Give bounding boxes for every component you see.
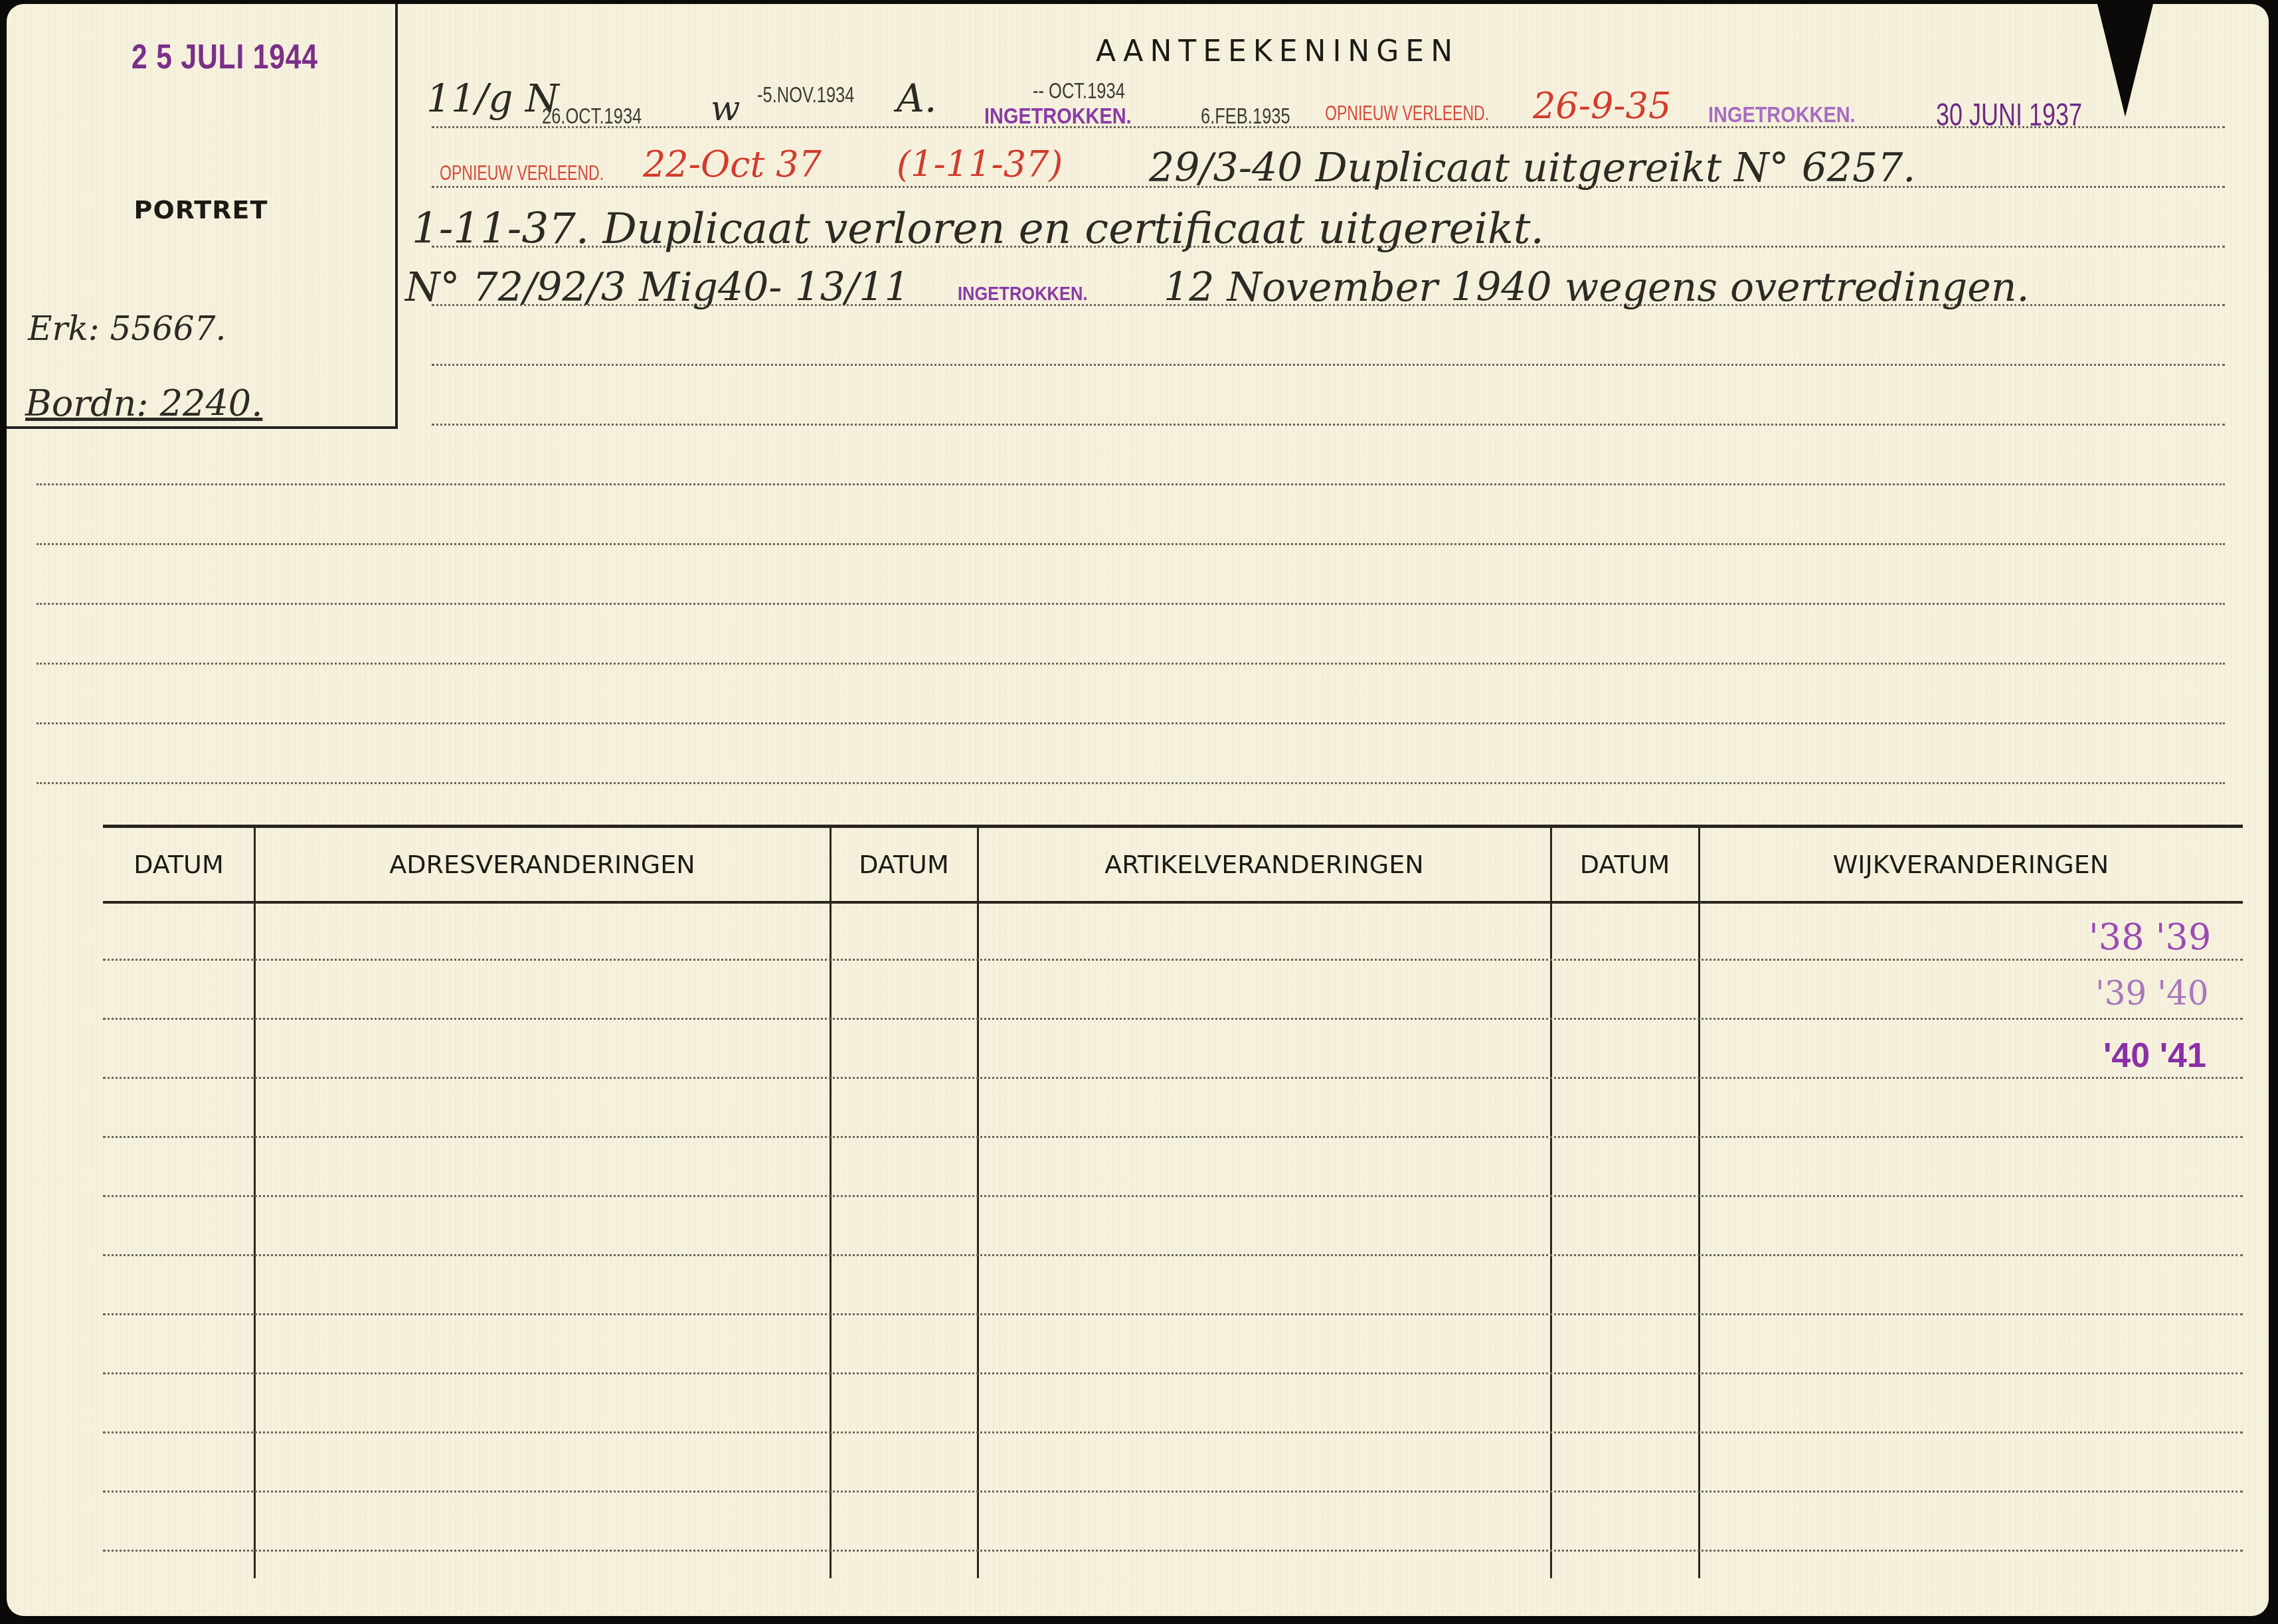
erk-note: Erk: 55667.: [28, 309, 226, 348]
column-header-datum: DATUM: [830, 828, 978, 901]
registration-card: 2 5 JULI 1944 PORTRET Erk: 55667. Bordn:…: [7, 4, 2269, 1616]
opnieuw-verleend-stamp: OPNIEUW VERLEEND.: [440, 161, 604, 185]
date-stamp: 2 5 JULI 1944: [131, 37, 318, 77]
handwritten-ref: N° 72/92/3 Mig40- 13/11: [405, 264, 910, 311]
portrait-box: 2 5 JULI 1944 PORTRET Erk: 55667. Bordn:…: [7, 4, 398, 429]
handwritten-date: 26-9-35: [1533, 85, 1671, 127]
ingetrokken-stamp: INGETROKKEN.: [984, 104, 1132, 129]
table-row-line: [103, 1372, 2243, 1374]
handwritten-date: 22-Oct 37: [643, 143, 822, 185]
table-row-line: [103, 1431, 2243, 1433]
table-row-line: [103, 1136, 2243, 1138]
column-header-datum: DATUM: [103, 828, 254, 901]
handwritten-ref: 11/g N: [426, 76, 559, 121]
table-row-line: [103, 1550, 2243, 1552]
bordn-note: Bordn: 2240.: [25, 382, 262, 424]
annotation-line: [432, 424, 2225, 426]
date-stamp: 6.FEB.1935: [1201, 104, 1290, 129]
column-divider: [1698, 828, 1700, 1578]
opnieuw-verleend-stamp: OPNIEUW VERLEEND.: [1325, 101, 1489, 125]
annotations-title: AANTEEKENINGEN: [1096, 35, 1459, 68]
column-divider: [977, 828, 979, 1578]
ingetrokken-stamp: INGETROKKEN.: [1708, 102, 1856, 128]
annotation-line: [37, 543, 2225, 545]
table-row-line: [103, 959, 2243, 961]
column-divider: [254, 828, 256, 1578]
handwritten-note: 1-11-37. Duplicaat verloren en certifica…: [412, 204, 1544, 254]
annotation-line: [432, 364, 2225, 366]
date-stamp: -5.NOV.1934: [757, 82, 854, 108]
column-header-datum: DATUM: [1551, 828, 1699, 901]
portrait-label: PORTRET: [7, 195, 395, 224]
handwritten-note: 29/3-40 Duplicaat uitgereikt N° 6257.: [1149, 145, 1915, 191]
date-stamp: 30 JUNI 1937: [1936, 97, 2082, 133]
annotation-line: [37, 603, 2225, 605]
table-row-line: [103, 1195, 2243, 1197]
wijk-year-stamp: '38 '39: [2089, 916, 2211, 958]
table-header: DATUM ADRESVERANDERINGEN DATUM ARTIKELVE…: [103, 825, 2243, 904]
column-header-adresveranderingen: ADRESVERANDERINGEN: [254, 828, 830, 901]
annotation-line: [37, 782, 2225, 784]
handwritten-date: (1-11-37): [897, 143, 1063, 185]
table-row-line: [103, 1077, 2243, 1079]
table-row-line: [103, 1491, 2243, 1493]
table-row-line: [103, 1018, 2243, 1020]
handwritten-mark: w: [711, 89, 741, 129]
column-header-artikelveranderingen: ARTIKELVERANDERINGEN: [978, 828, 1551, 901]
handwritten-mark: A.: [897, 76, 936, 121]
wijk-year-stamp: '40 '41: [2103, 1036, 2206, 1076]
column-divider: [830, 828, 832, 1578]
table-row-line: [103, 1254, 2243, 1256]
date-stamp: -- OCT.1934: [1033, 78, 1125, 104]
annotation-line: [37, 483, 2225, 485]
column-header-wijkveranderingen: WIJKVERANDERINGEN: [1699, 828, 2243, 901]
annotation-line: [37, 663, 2225, 665]
annotation-line: [37, 722, 2225, 724]
handwritten-note: 12 November 1940 wegens overtredingen.: [1164, 264, 2029, 311]
table-row-line: [103, 1313, 2243, 1315]
column-divider: [1550, 828, 1552, 1578]
ingetrokken-stamp: INGETROKKEN.: [958, 283, 1088, 305]
wijk-year-stamp: '39 '40: [2095, 974, 2209, 1013]
date-stamp: 26.OCT.1934: [542, 104, 642, 129]
